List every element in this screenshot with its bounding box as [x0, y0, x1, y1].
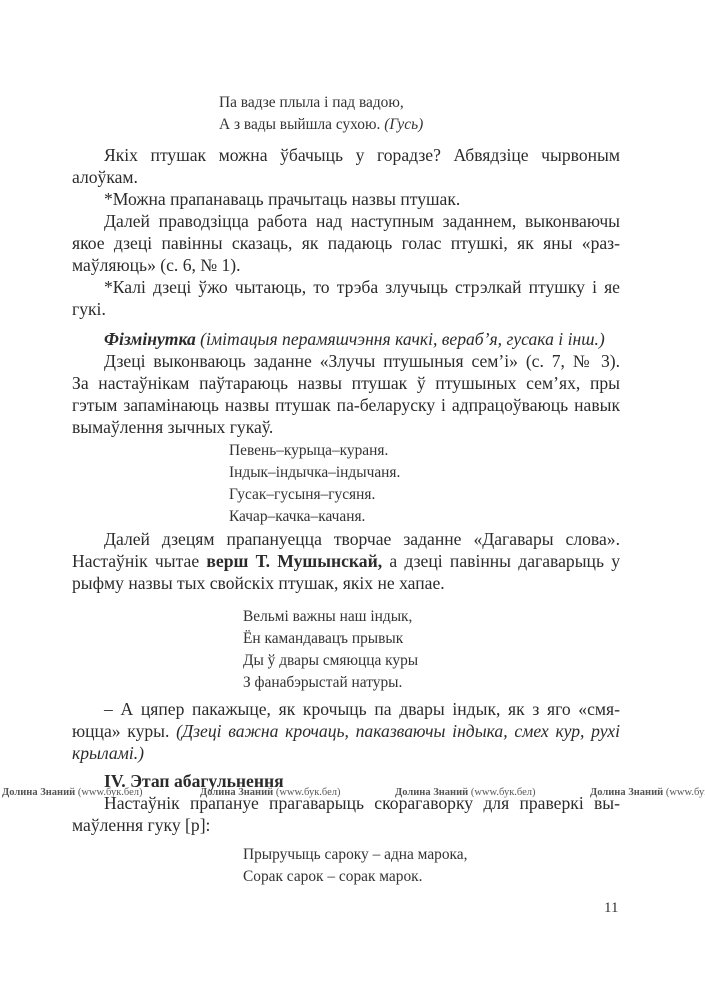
watermark-site: (www.бук.бел): [666, 787, 705, 798]
note1: *Можна прапанаваць прачытаць назвы птуша…: [104, 188, 620, 210]
para4-line-2-post: а дзеці павінны дагаварыць у: [382, 551, 620, 571]
para5-line-3: крыламі.): [72, 742, 620, 764]
para2-line-1: Далей праводзіцца работа над наступным з…: [104, 210, 620, 232]
family-line-3: Гусак–гусыня–гусяня.: [229, 484, 375, 506]
family-line-2: Індык–індычка–індычаня.: [229, 462, 400, 484]
riddle-answer: (Гусь): [384, 116, 423, 133]
para5-line-2-pre: юцца» куры.: [72, 721, 176, 741]
riddle-line-2-text: А з вады выйшла сухою.: [219, 116, 380, 133]
para2-line-2: якое дзеці павінны сказаць, як падаюць г…: [72, 232, 620, 254]
poem-line-1: Вельмі важны наш індык,: [243, 606, 412, 628]
poem-line-4: З фанабэрыстай натуры.: [243, 672, 402, 694]
tongue-twister-line-2: Сорак сарок – сорак марок.: [243, 866, 422, 888]
note2-line-2: гукі.: [72, 298, 620, 320]
para5-line-2: юцца» куры. (Дзеці важна крочаць, паказв…: [72, 720, 620, 742]
poem-author: верш Т. Мушынскай,: [206, 551, 382, 571]
para5-line-2-italic: (Дзеці важна крочаць, паказваючы індыка,…: [176, 721, 620, 741]
poem-line-2: Ён камандавацъ прывык: [243, 628, 403, 650]
para3-line-3: гэтым запамінаюць назвы птушак па-белару…: [72, 394, 620, 416]
para3-line-4: вымаўлення зычных гукаў.: [72, 416, 620, 438]
para3-line-1: Дзеці выконваюць заданне «Злучы птушыныя…: [104, 350, 620, 372]
note2-line-1: *Калі дзеці ўжо чытаюць, то трэба злучыц…: [104, 276, 620, 298]
riddle-line-2: А з вады выйшла сухою. (Гусь): [219, 114, 423, 136]
para1-line-2: алоўкам.: [72, 166, 620, 188]
book-page: Па вадзе плыла і пад вадою, А з вады вый…: [0, 0, 705, 1000]
tongue-twister-line-1: Прыручыць сароку – адна марока,: [243, 844, 467, 866]
fizminutka-title: Фізмінутка: [104, 329, 196, 349]
watermark-name: Долина Знаний: [2, 787, 75, 798]
section4-line-1: Настаўнік прапануе прагаварыць скорагаво…: [104, 792, 620, 814]
fizminutka-line: Фізмінутка (імітацыя перамяшчэння качкі,…: [104, 328, 605, 350]
fizminutka-note: (імітацыя перамяшчэння качкі, вераб’я, г…: [200, 329, 605, 349]
family-line-1: Певень–курыца–кураня.: [229, 440, 388, 462]
para4-line-2-pre: Настаўнік чытае: [72, 551, 206, 571]
page-number: 11: [604, 900, 618, 917]
para1-line-1: Якіх птушак можна ўбачыць у горадзе? Абв…: [104, 144, 620, 166]
riddle-line-1: Па вадзе плыла і пад вадою,: [219, 92, 404, 114]
para4-line-1: Далей дзецям прапануецца творчае заданне…: [104, 528, 620, 550]
para3-line-2: За настаўнікам паўтараюць назвы птушак ў…: [72, 372, 620, 394]
poem-line-3: Ды ў двары смяюцца куры: [243, 650, 418, 672]
para4-line-2: Настаўнік чытае верш Т. Мушынскай, а дзе…: [72, 550, 620, 572]
section4-line-2: маўлення гуку [р]:: [72, 814, 620, 836]
para5-line-1: – А цяпер пакажыце, як крочыць па двары …: [104, 698, 620, 720]
para2-line-3: маўляюць» (с. 6, № 1).: [72, 254, 620, 276]
para4-line-3: рыфму назвы тых свойскіх птушак, якіх не…: [72, 572, 620, 594]
family-line-4: Качар–качка–качаня.: [229, 506, 365, 528]
